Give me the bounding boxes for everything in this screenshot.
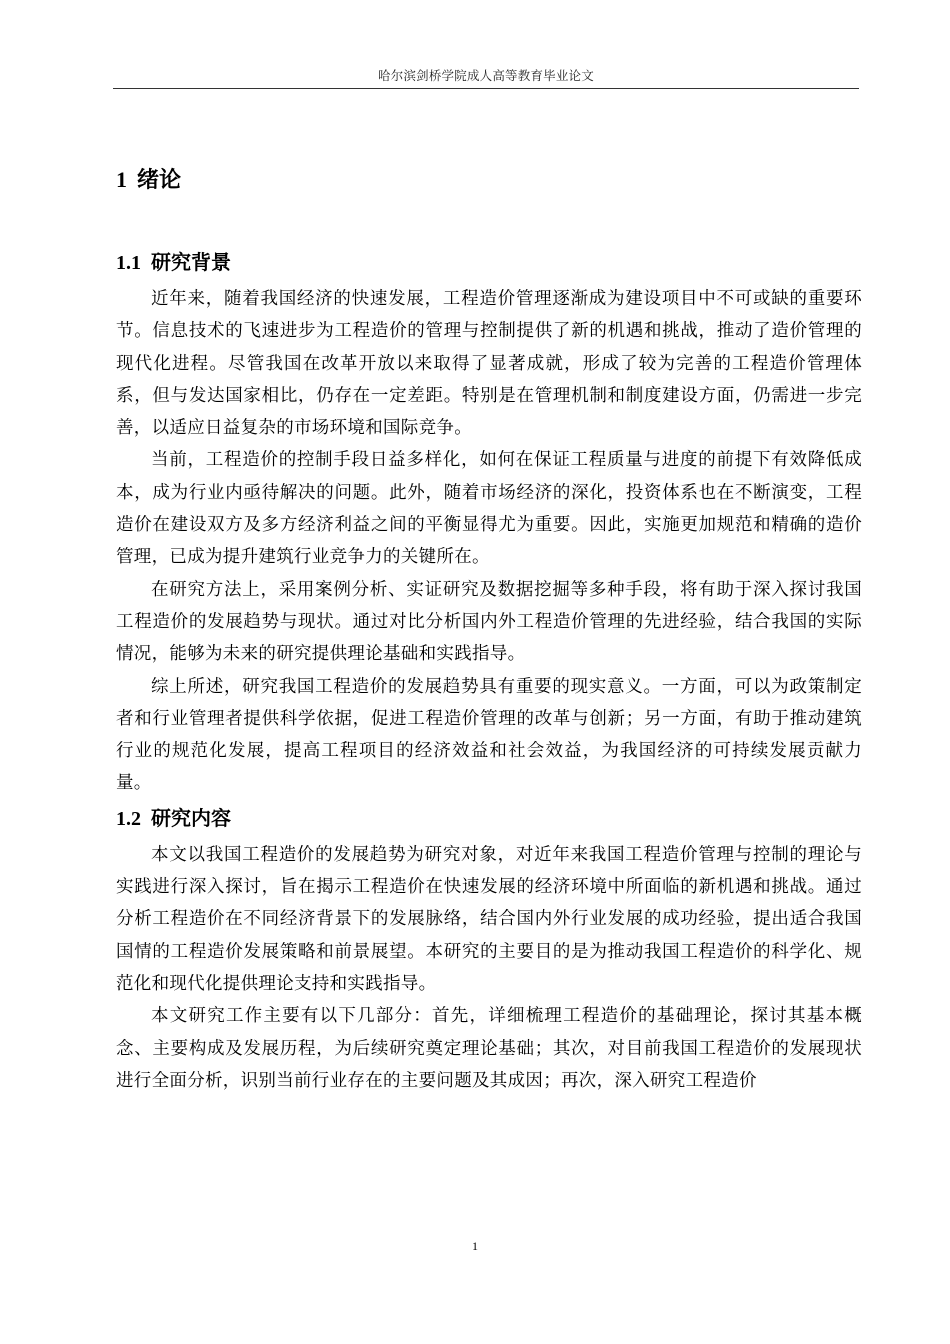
chapter-title: 绪论: [137, 168, 181, 193]
paragraph: 当前，工程造价的控制手段日益多样化，如何在保证工程质量与进度的前提下有效降低成本…: [116, 444, 862, 573]
section-title: 研究内容: [151, 806, 231, 830]
paragraph: 在研究方法上，采用案例分析、实证研究及数据挖掘等多种手段，将有助于深入探讨我国工…: [116, 574, 862, 671]
section-number: 1.1: [116, 252, 141, 274]
paragraph: 综上所述，研究我国工程造价的发展趋势具有重要的现实意义。一方面，可以为政策制定者…: [116, 671, 862, 800]
chapter-number: 1: [116, 167, 127, 192]
page-number: 1: [0, 1239, 950, 1254]
paragraph: 本文研究工作主要有以下几部分：首先，详细梳理工程造价的基础理论，探讨其基本概念、…: [116, 1000, 862, 1097]
page-body: 1绪论 1.1研究背景 近年来，随着我国经济的快速发展，工程造价管理逐渐成为建设…: [116, 160, 862, 1097]
chapter-heading: 1绪论: [116, 160, 862, 200]
paragraph: 近年来，随着我国经济的快速发展，工程造价管理逐渐成为建设项目中不可或缺的重要环节…: [116, 283, 862, 444]
header-rule: [113, 88, 859, 89]
running-header: 哈尔滨剑桥学院成人高等教育毕业论文: [113, 66, 859, 84]
paragraph: 本文以我国工程造价的发展趋势为研究对象，对近年来我国工程造价管理与控制的理论与实…: [116, 839, 862, 1000]
section-heading-1-2: 1.2研究内容: [116, 800, 862, 837]
section-heading-1-1: 1.1研究背景: [116, 244, 862, 281]
section-title: 研究背景: [151, 250, 231, 274]
section-number: 1.2: [116, 808, 141, 830]
